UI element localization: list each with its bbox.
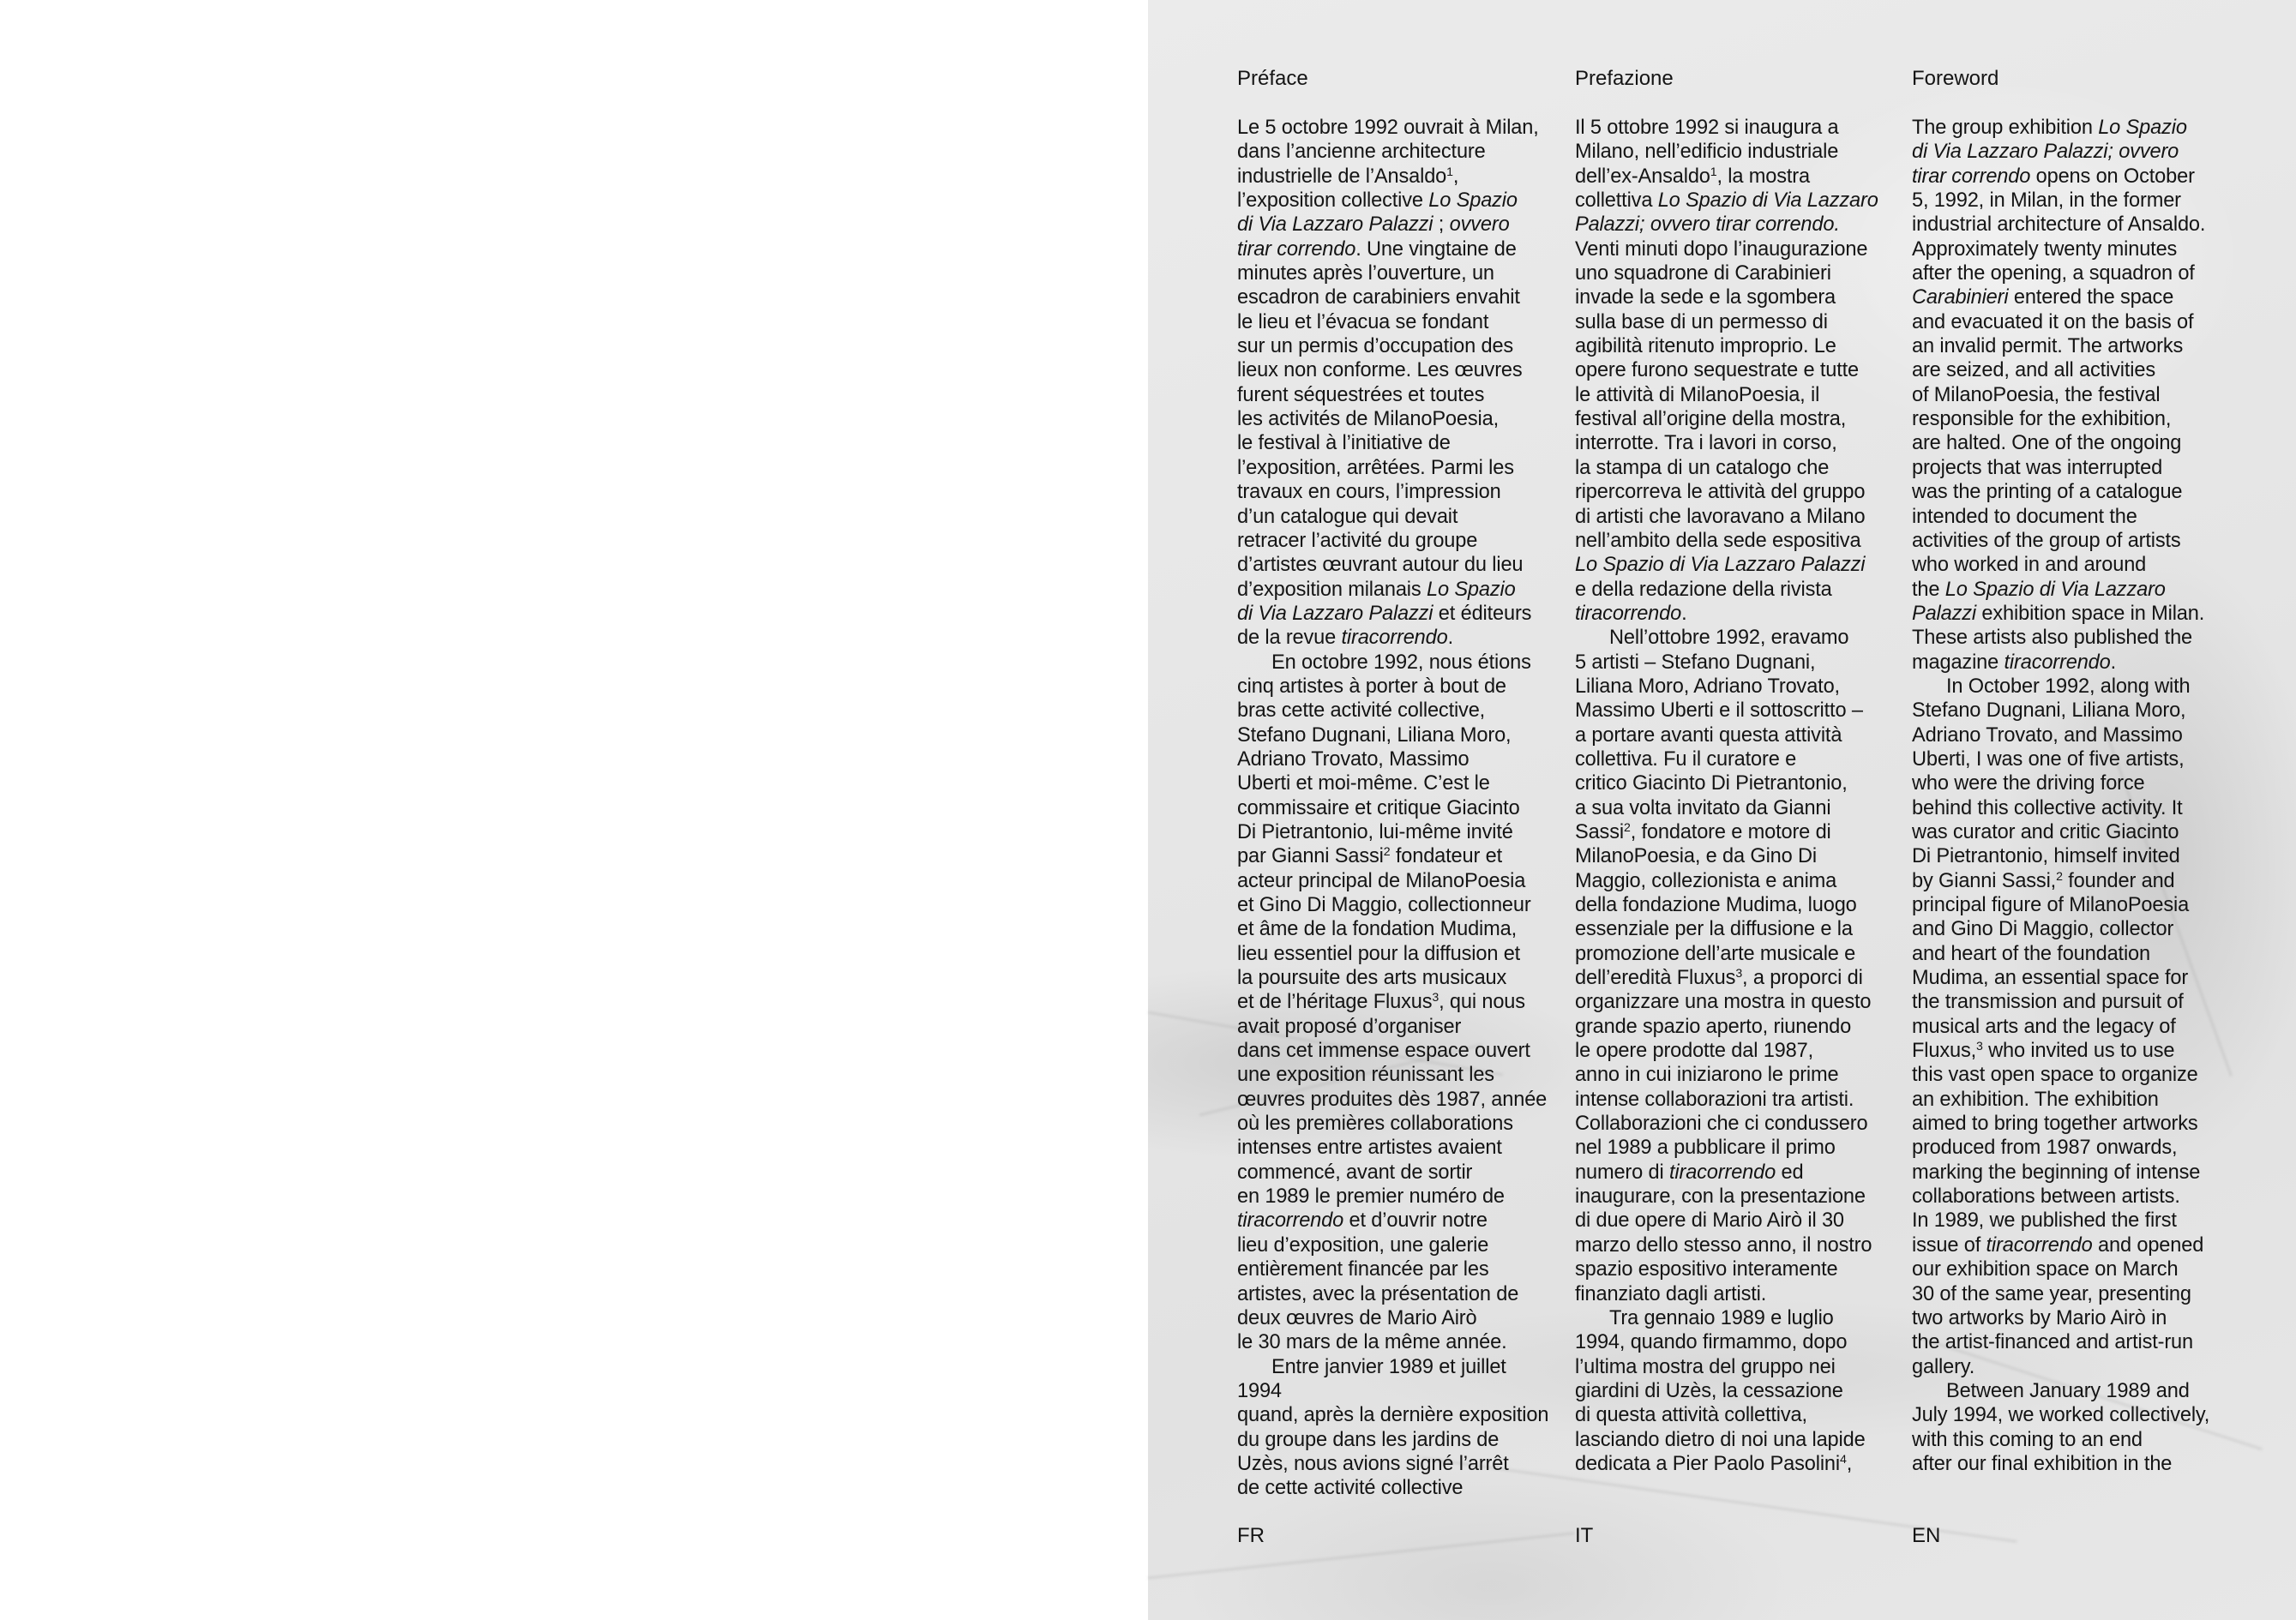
footnote-marker: 3 [1735, 967, 1742, 981]
footnote-marker: 2 [1384, 846, 1391, 860]
column-italian: Prefazione Il 5 ottobre 1992 si inaugura… [1575, 67, 1892, 1476]
paragraph: In October 1992, along with Stefano Dugn… [1912, 675, 2238, 1379]
italic-title: tiracorrendo [1986, 1234, 2093, 1257]
italic-title: Lo Spazio di Via Lazzaro Palazzi; ovvero… [1575, 189, 1878, 236]
footnote-marker: 1 [1710, 165, 1717, 179]
paragraph: Le 5 octobre 1992 ouvrait à Milan, dans … [1237, 116, 1554, 651]
italic-title: tiracorrendo [1342, 627, 1448, 649]
footnote-marker: 2 [1624, 821, 1631, 835]
language-label-fr: FR [1237, 1524, 1265, 1548]
italic-title: tiracorrendo [1237, 1209, 1343, 1232]
footnote-marker: 3 [1976, 1040, 1983, 1053]
paragraph: Between January 1989 and July 1994, we w… [1912, 1379, 2238, 1476]
paragraph: The group exhibition Lo Spazio di Via La… [1912, 116, 2238, 675]
column-body-french: Le 5 octobre 1992 ouvrait à Milan, dans … [1237, 116, 1554, 1501]
column-title-french: Préface [1237, 67, 1554, 91]
column-english: Foreword The group exhibition Lo Spazio … [1912, 67, 2238, 1476]
left-blank-page [0, 0, 1148, 1620]
paragraph: En octobre 1992, nous étions cinq artist… [1237, 651, 1554, 1355]
paragraph: Il 5 ottobre 1992 si inaugura a Milano, … [1575, 116, 1892, 626]
italic-title: tiracorrendo [1575, 603, 1681, 625]
language-label-it: IT [1575, 1524, 1593, 1548]
italic-title: Lo Spazio di Via Lazzaro Palazzi [1237, 579, 1516, 625]
italic-title: Lo Spazio di Via Lazzaro Palazzi; ovvero… [1912, 117, 2187, 188]
language-label-en: EN [1912, 1524, 1940, 1548]
italic-title: Lo Spazio di Via Lazzaro Palazzi [1575, 554, 1865, 576]
column-title-italian: Prefazione [1575, 67, 1892, 91]
column-french: Préface Le 5 octobre 1992 ouvrait à Mila… [1237, 67, 1554, 1501]
footnote-marker: 4 [1840, 1453, 1847, 1467]
column-body-italian: Il 5 ottobre 1992 si inaugura a Milano, … [1575, 116, 1892, 1476]
italic-title: tiracorrendo [1669, 1161, 1776, 1184]
italic-title: Carabinieri [1912, 286, 2008, 309]
italic-title: Lo Spazio di Via Lazzaro Palazzi [1912, 579, 2166, 625]
column-title-english: Foreword [1912, 67, 2238, 91]
marble-vein [1148, 1533, 1574, 1579]
italic-title: tiracorrendo [2004, 651, 2111, 674]
column-body-english: The group exhibition Lo Spazio di Via La… [1912, 116, 2238, 1476]
paragraph: Entre janvier 1989 et juillet 1994 quand… [1237, 1355, 1554, 1501]
footnote-marker: 3 [1432, 992, 1439, 1005]
footnote-marker: 2 [2056, 870, 2063, 884]
paragraph: Tra gennaio 1989 e luglio 1994, quando f… [1575, 1306, 1892, 1476]
paragraph: Nell’ottobre 1992, eravamo 5 artisti – S… [1575, 626, 1892, 1306]
footnote-marker: 1 [1446, 165, 1453, 179]
